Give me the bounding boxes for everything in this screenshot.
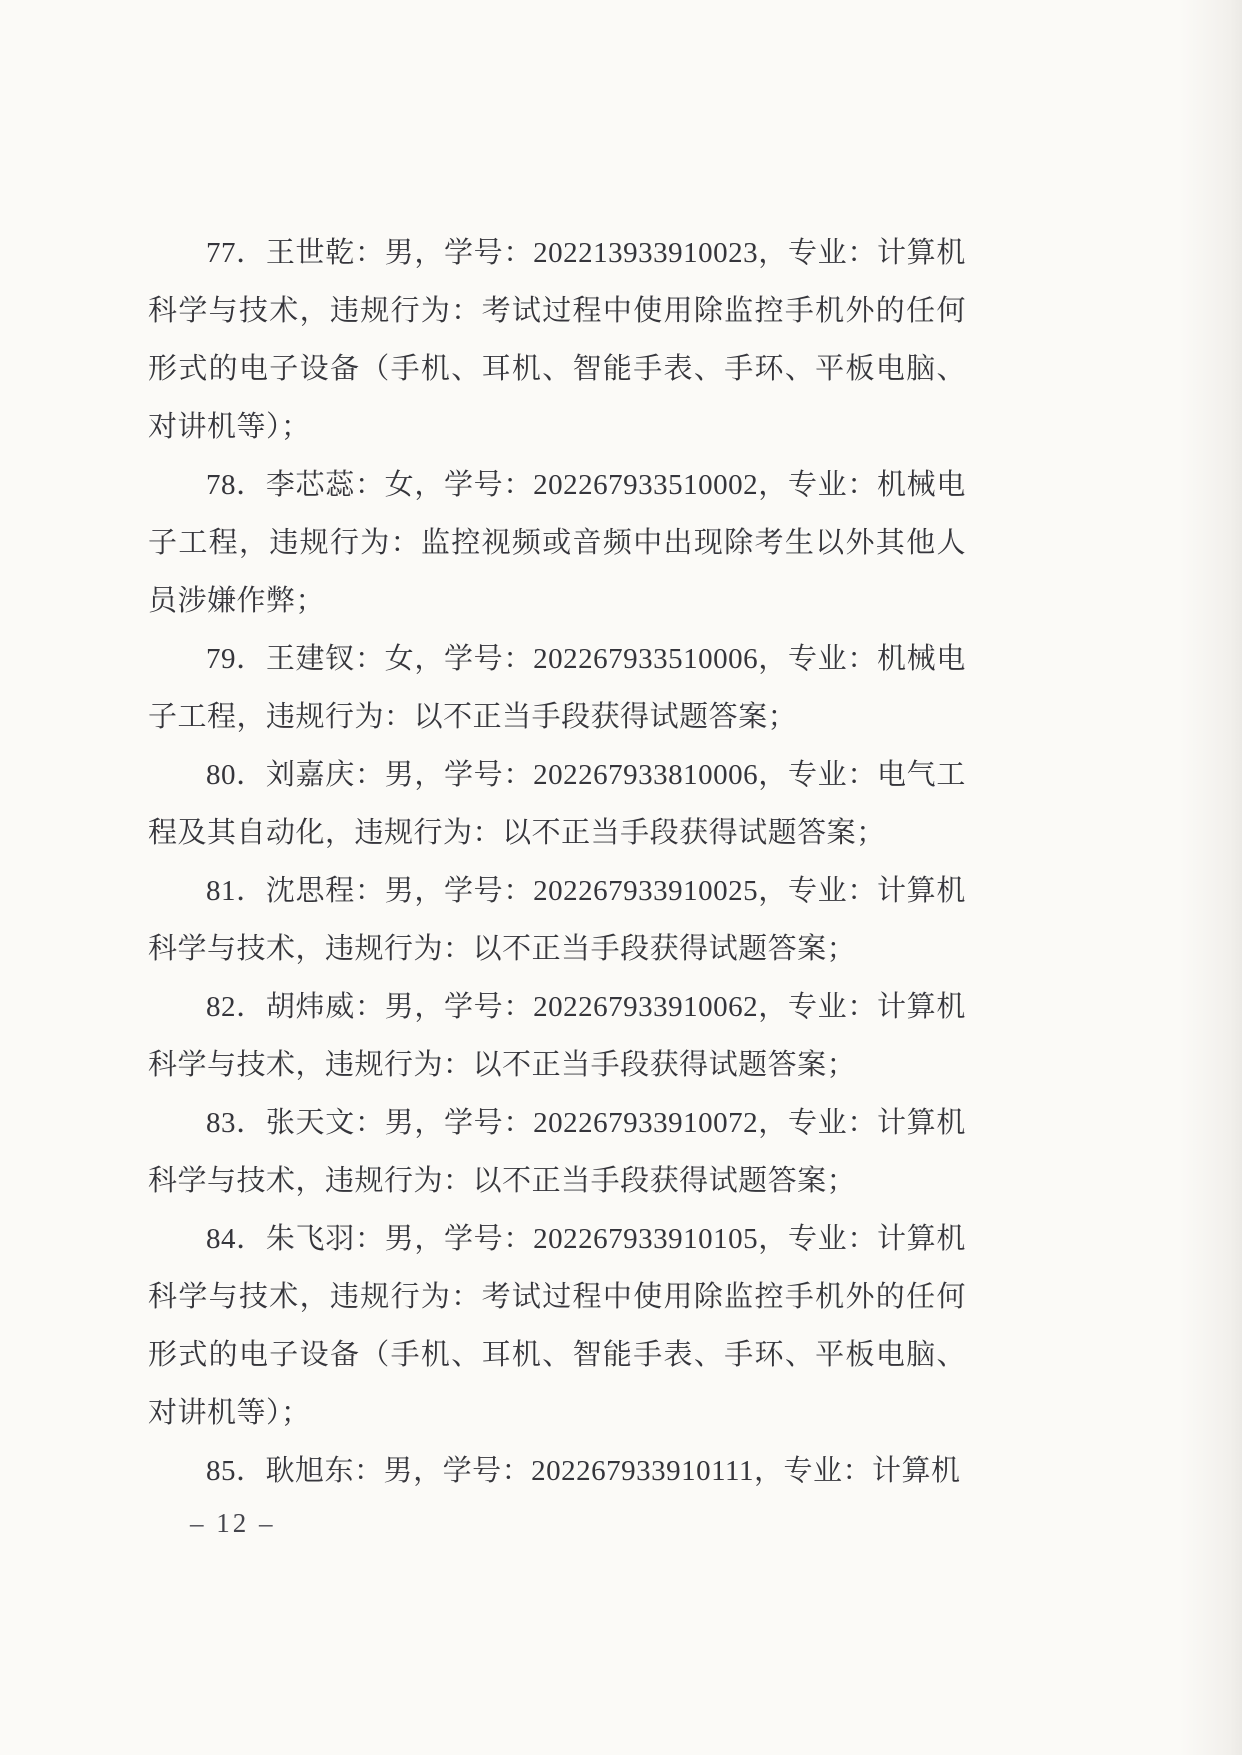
student-gender: 女 bbox=[385, 469, 415, 501]
comma: ， bbox=[414, 1223, 444, 1255]
student-gender: 男 bbox=[385, 991, 415, 1023]
violation-label: 违规行为 bbox=[266, 701, 384, 733]
violation-entry: 85．耿旭东：男，学号：202267933910111，专业：计算机 bbox=[148, 1442, 966, 1500]
semicolon: ； bbox=[768, 701, 798, 733]
violation-entry: 81．沈思程：男，学号：202267933910025，专业：计算机科学与技术，… bbox=[148, 862, 966, 978]
colon: ： bbox=[443, 1165, 473, 1197]
entry-number: 79 bbox=[206, 643, 236, 675]
colon: ： bbox=[355, 469, 385, 501]
major-label: 专业 bbox=[783, 1455, 842, 1487]
student-id: 202267933910105 bbox=[533, 1223, 758, 1255]
violation-text: 以不正当手段获得试题答案 bbox=[502, 817, 856, 849]
student-id-label: 学号 bbox=[444, 991, 503, 1023]
colon: ： bbox=[847, 469, 877, 501]
colon: ： bbox=[443, 1049, 473, 1081]
entry-number: 85 bbox=[206, 1455, 236, 1487]
comma: ， bbox=[413, 1455, 443, 1487]
violation-entry: 84．朱飞羽：男，学号：202267933910105，专业：计算机科学与技术，… bbox=[148, 1210, 966, 1442]
violation-text: 以不正当手段获得试题答案 bbox=[473, 933, 827, 965]
semicolon: ； bbox=[827, 1165, 857, 1197]
violation-label: 违规行为 bbox=[325, 1049, 443, 1081]
major-label: 专业 bbox=[788, 1107, 847, 1139]
colon: ： bbox=[355, 237, 385, 269]
entry-number-separator: ． bbox=[236, 237, 266, 269]
comma: ， bbox=[414, 991, 444, 1023]
colon: ： bbox=[847, 991, 877, 1023]
student-name: 张天文 bbox=[266, 1107, 355, 1139]
semicolon: ； bbox=[856, 817, 886, 849]
student-id: 202267933510002 bbox=[533, 469, 758, 501]
major-label: 专业 bbox=[788, 759, 847, 791]
comma: ， bbox=[758, 237, 788, 269]
colon: ： bbox=[355, 875, 385, 907]
major-label: 专业 bbox=[788, 237, 847, 269]
violation-entry: 77．王世乾：男，学号：202213933910023，专业：计算机科学与技术，… bbox=[148, 224, 966, 456]
comma: ， bbox=[296, 1165, 326, 1197]
colon: ： bbox=[503, 991, 533, 1023]
student-id: 202267933910025 bbox=[533, 875, 758, 907]
colon: ： bbox=[451, 1281, 481, 1313]
student-gender: 男 bbox=[384, 1455, 414, 1487]
page-number: – 12 – bbox=[190, 1508, 276, 1539]
entry-number: 77 bbox=[206, 237, 236, 269]
entry-number: 81 bbox=[206, 875, 236, 907]
violation-part: ，违规行为：监控视频或音频中出现除考生以外其他人员涉嫌作弊； bbox=[148, 527, 966, 617]
comma: ， bbox=[414, 1107, 444, 1139]
student-gender: 男 bbox=[385, 1223, 415, 1255]
entry-number: 84 bbox=[206, 1223, 236, 1255]
major-label: 专业 bbox=[788, 875, 847, 907]
student-name: 李芯蕊 bbox=[266, 469, 355, 501]
violation-label: 违规行为 bbox=[325, 1165, 443, 1197]
student-id: 202267933910111 bbox=[531, 1455, 754, 1487]
semicolon: ； bbox=[827, 933, 857, 965]
colon: ： bbox=[354, 1455, 384, 1487]
student-id: 202213933910023 bbox=[533, 237, 758, 269]
violation-text: 以不正当手段获得试题答案 bbox=[473, 1049, 827, 1081]
colon: ： bbox=[503, 759, 533, 791]
comma: ， bbox=[758, 643, 788, 675]
colon: ： bbox=[355, 1107, 385, 1139]
student-name: 胡炜威 bbox=[266, 991, 355, 1023]
student-gender: 男 bbox=[385, 875, 415, 907]
student-id-label: 学号 bbox=[443, 1455, 502, 1487]
comma: ， bbox=[758, 1107, 788, 1139]
student-gender: 男 bbox=[385, 237, 415, 269]
colon: ： bbox=[503, 875, 533, 907]
student-id-label: 学号 bbox=[444, 643, 503, 675]
entry-number-separator: ． bbox=[236, 875, 266, 907]
student-name: 刘嘉庆 bbox=[266, 759, 355, 791]
comma: ， bbox=[414, 643, 444, 675]
student-id-label: 学号 bbox=[444, 759, 503, 791]
comma: ， bbox=[239, 527, 269, 559]
colon: ： bbox=[451, 295, 481, 327]
violation-label: 违规行为 bbox=[325, 933, 443, 965]
colon: ： bbox=[503, 237, 533, 269]
entry-number-separator: ． bbox=[236, 991, 266, 1023]
major-label: 专业 bbox=[788, 1223, 847, 1255]
comma: ， bbox=[237, 701, 267, 733]
colon: ： bbox=[847, 237, 877, 269]
violation-text: 以不正当手段获得试题答案 bbox=[414, 701, 768, 733]
student-id: 202267933510006 bbox=[533, 643, 758, 675]
student-name: 王建钗 bbox=[266, 643, 355, 675]
comma: ， bbox=[414, 875, 444, 907]
colon: ： bbox=[502, 1455, 532, 1487]
major-label: 专业 bbox=[788, 991, 847, 1023]
comma: ， bbox=[300, 295, 330, 327]
violation-part: ，违规行为：以不正当手段获得试题答案； bbox=[296, 933, 857, 965]
comma: ， bbox=[414, 759, 444, 791]
colon: ： bbox=[355, 759, 385, 791]
violation-part: ，违规行为：以不正当手段获得试题答案； bbox=[237, 701, 798, 733]
colon: ： bbox=[847, 1223, 877, 1255]
comma: ， bbox=[300, 1281, 330, 1313]
student-id: 202267933810006 bbox=[533, 759, 758, 791]
comma: ， bbox=[758, 875, 788, 907]
colon: ： bbox=[443, 933, 473, 965]
colon: ： bbox=[503, 1107, 533, 1139]
violation-label: 违规行为 bbox=[330, 1281, 451, 1313]
colon: ： bbox=[843, 1455, 873, 1487]
student-id: 202267933910062 bbox=[533, 991, 758, 1023]
comma: ， bbox=[414, 469, 444, 501]
comma: ， bbox=[754, 1455, 784, 1487]
colon: ： bbox=[355, 991, 385, 1023]
violation-entry: 79．王建钗：女，学号：202267933510006，专业：机械电子工程，违规… bbox=[148, 630, 966, 746]
comma: ， bbox=[758, 759, 788, 791]
violation-part: ，违规行为：以不正当手段获得试题答案； bbox=[325, 817, 886, 849]
student-gender: 女 bbox=[385, 643, 415, 675]
student-name: 王世乾 bbox=[266, 237, 355, 269]
comma: ， bbox=[296, 933, 326, 965]
entry-number-separator: ． bbox=[236, 1223, 266, 1255]
semicolon: ； bbox=[281, 411, 311, 443]
semicolon: ； bbox=[281, 1397, 311, 1429]
colon: ： bbox=[503, 643, 533, 675]
student-name: 耿旭东 bbox=[266, 1455, 355, 1487]
student-name: 朱飞羽 bbox=[266, 1223, 355, 1255]
colon: ： bbox=[847, 875, 877, 907]
entry-number: 78 bbox=[206, 469, 236, 501]
violation-part: ，违规行为：以不正当手段获得试题答案； bbox=[296, 1049, 857, 1081]
student-name: 沈思程 bbox=[266, 875, 355, 907]
student-major: 计算机 bbox=[872, 1455, 961, 1487]
student-gender: 男 bbox=[385, 1107, 415, 1139]
violation-label: 违规行为 bbox=[330, 295, 451, 327]
entry-number: 82 bbox=[206, 991, 236, 1023]
violation-text: 以不正当手段获得试题答案 bbox=[473, 1165, 827, 1197]
colon: ： bbox=[391, 527, 421, 559]
student-id-label: 学号 bbox=[444, 237, 503, 269]
student-id-label: 学号 bbox=[444, 1223, 503, 1255]
violation-label: 违规行为 bbox=[269, 527, 390, 559]
entry-number: 83 bbox=[206, 1107, 236, 1139]
colon: ： bbox=[847, 643, 877, 675]
violation-entry: 80．刘嘉庆：男，学号：202267933810006，专业：电气工程及其自动化… bbox=[148, 746, 966, 862]
entry-number-separator: ． bbox=[236, 469, 266, 501]
violation-entry: 82．胡炜威：男，学号：202267933910062，专业：计算机科学与技术，… bbox=[148, 978, 966, 1094]
colon: ： bbox=[473, 817, 503, 849]
colon: ： bbox=[355, 1223, 385, 1255]
comma: ， bbox=[296, 1049, 326, 1081]
comma: ， bbox=[758, 991, 788, 1023]
colon: ： bbox=[355, 643, 385, 675]
colon: ： bbox=[847, 1107, 877, 1139]
comma: ， bbox=[414, 237, 444, 269]
colon: ： bbox=[847, 759, 877, 791]
student-id: 202267933910072 bbox=[533, 1107, 758, 1139]
major-label: 专业 bbox=[788, 469, 847, 501]
colon: ： bbox=[384, 701, 414, 733]
major-label: 专业 bbox=[788, 643, 847, 675]
entry-number: 80 bbox=[206, 759, 236, 791]
entry-number-separator: ． bbox=[236, 643, 266, 675]
entry-number-separator: ． bbox=[236, 1455, 266, 1487]
colon: ： bbox=[503, 469, 533, 501]
entry-number-separator: ． bbox=[236, 759, 266, 791]
semicolon: ； bbox=[827, 1049, 857, 1081]
comma: ， bbox=[325, 817, 355, 849]
semicolon: ； bbox=[296, 585, 326, 617]
colon: ： bbox=[503, 1223, 533, 1255]
entry-number-separator: ． bbox=[236, 1107, 266, 1139]
student-gender: 男 bbox=[385, 759, 415, 791]
student-id-label: 学号 bbox=[444, 875, 503, 907]
comma: ， bbox=[758, 469, 788, 501]
violation-entry: 83．张天文：男，学号：202267933910072，专业：计算机科学与技术，… bbox=[148, 1094, 966, 1210]
violation-list: 77．王世乾：男，学号：202213933910023，专业：计算机科学与技术，… bbox=[148, 224, 966, 1500]
violation-entry: 78．李芯蕊：女，学号：202267933510002，专业：机械电子工程，违规… bbox=[148, 456, 966, 630]
violation-label: 违规行为 bbox=[355, 817, 473, 849]
comma: ， bbox=[758, 1223, 788, 1255]
violation-part: ，违规行为：以不正当手段获得试题答案； bbox=[296, 1165, 857, 1197]
student-id-label: 学号 bbox=[444, 469, 503, 501]
document-page: 77．王世乾：男，学号：202213933910023，专业：计算机科学与技术，… bbox=[0, 0, 1242, 1755]
student-id-label: 学号 bbox=[444, 1107, 503, 1139]
